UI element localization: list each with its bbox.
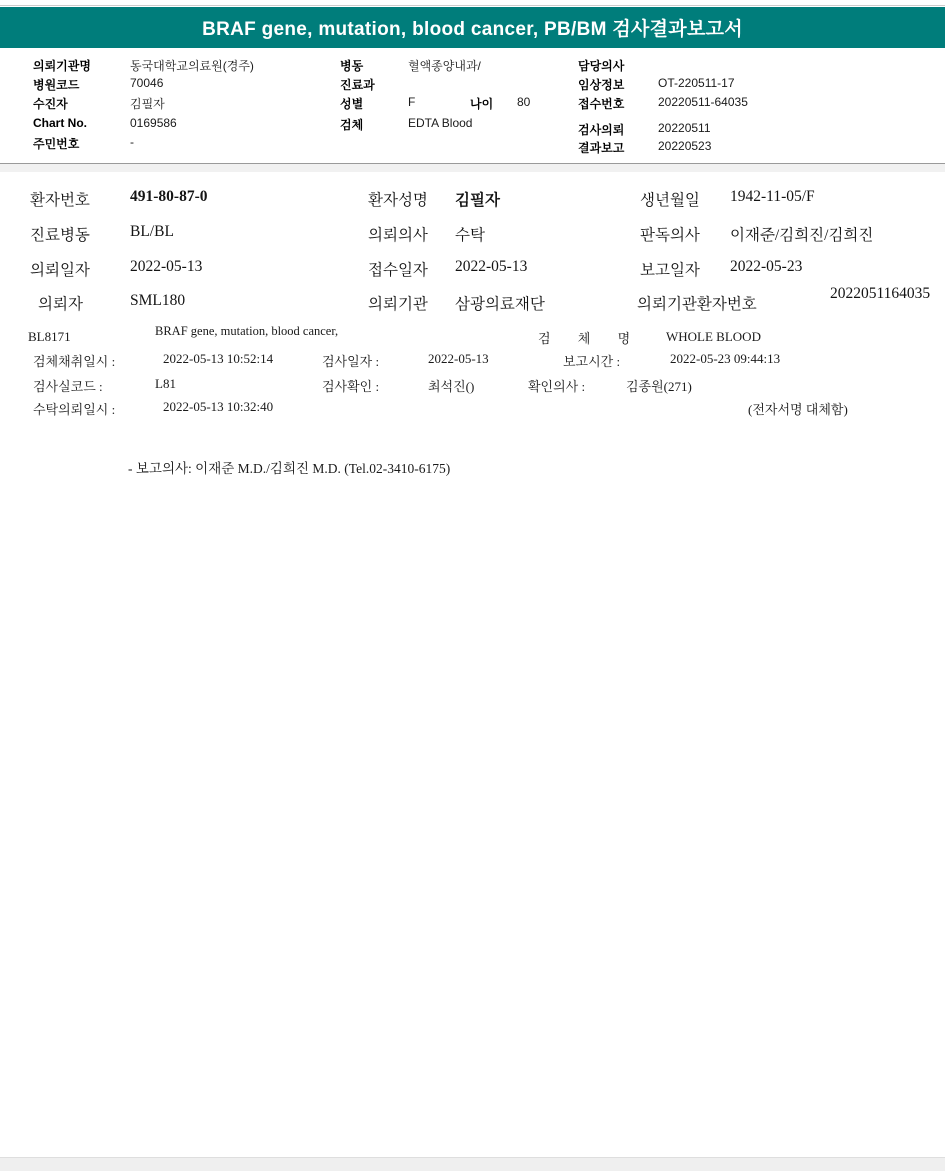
label-confirm-doctor: 확인의사 : xyxy=(528,376,585,395)
label-report-time: 보고시간 : xyxy=(563,351,620,370)
value-report-time: 2022-05-23 09:44:13 xyxy=(670,351,780,367)
label-clinical-info: 임상정보 xyxy=(578,76,624,93)
label-requester: 의뢰자 xyxy=(38,292,83,314)
label-test-date: 검사일자 : xyxy=(322,351,379,370)
label-examinee: 수진자 xyxy=(33,95,68,112)
value-age: 80 xyxy=(517,95,530,109)
value-patient-name: 김필자 xyxy=(455,188,500,210)
value-receipt-no: 20220511-64035 xyxy=(658,95,748,109)
label-request-date: 의뢰일자 xyxy=(30,258,90,280)
value-clinical-info: OT-220511-17 xyxy=(658,76,735,90)
value-hospital-code: 70046 xyxy=(130,76,163,90)
value-test-date: 2022-05-13 xyxy=(428,351,489,367)
value-specimen: EDTA Blood xyxy=(408,116,472,130)
value-lab-code: L81 xyxy=(155,376,176,392)
value-result-report: 20220523 xyxy=(658,139,711,153)
test-code: BL8171 xyxy=(28,329,71,345)
report-title-bar: BRAF gene, mutation, blood cancer, PB/BM… xyxy=(0,7,945,48)
label-care-ward: 진료병동 xyxy=(30,223,90,245)
label-sex: 성별 xyxy=(340,95,363,112)
label-test-request: 검사의뢰 xyxy=(578,121,624,138)
label-hospital-code: 병원코드 xyxy=(33,76,79,93)
value-requester: SML180 xyxy=(130,292,185,310)
section-divider-band xyxy=(0,164,945,172)
value-specimen-name: WHOLE BLOOD xyxy=(666,329,761,345)
value-test-confirm: 최석진() xyxy=(428,376,474,395)
label-referring-org: 의뢰기관명 xyxy=(33,57,91,74)
value-org-patient-no: 2022051164035 xyxy=(830,285,934,302)
value-examinee: 김필자 xyxy=(130,95,165,112)
label-collect-datetime: 검체채취일시 : xyxy=(33,351,115,370)
label-attending-doctor: 담당의사 xyxy=(578,57,624,74)
value-ward: 혈액종양내과/ xyxy=(408,57,481,74)
label-request-doctor: 의뢰의사 xyxy=(368,223,428,245)
report-page: BRAF gene, mutation, blood cancer, PB/BM… xyxy=(0,0,945,1171)
value-referring-org: 동국대학교의료원(경주) xyxy=(130,57,254,74)
label-specimen: 검체 xyxy=(340,116,363,133)
value-patient-no: 491-80-87-0 xyxy=(130,188,208,206)
label-result-report: 결과보고 xyxy=(578,139,624,156)
label-patient-name: 환자성명 xyxy=(368,188,428,210)
value-birth-date: 1942-11-05/F xyxy=(730,188,815,206)
value-request-date: 2022-05-13 xyxy=(130,258,202,276)
footer-strip xyxy=(0,1157,945,1171)
value-reading-doctor: 이재준/김희진/김희진 xyxy=(730,223,873,245)
value-collect-datetime: 2022-05-13 10:52:14 xyxy=(163,351,273,367)
value-request-doctor: 수탁 xyxy=(455,223,485,245)
label-department: 진료과 xyxy=(340,76,375,93)
value-request-org: 삼광의료재단 xyxy=(455,292,545,314)
test-name: BRAF gene, mutation, blood cancer, xyxy=(155,324,338,339)
label-resident-no: 주민번호 xyxy=(33,135,79,152)
value-receipt-date: 2022-05-13 xyxy=(455,258,527,276)
label-chart-no: Chart No. xyxy=(33,116,87,130)
label-receipt-date: 접수일자 xyxy=(368,258,428,280)
label-reading-doctor: 판독의사 xyxy=(640,223,700,245)
label-patient-no: 환자번호 xyxy=(30,188,90,210)
label-lab-code: 검사실코드 : xyxy=(33,376,103,395)
report-doctor-note: - 보고의사: 이재준 M.D./김희진 M.D. (Tel.02-3410-6… xyxy=(128,457,450,477)
value-chart-no: 0169586 xyxy=(130,116,177,130)
label-age: 나이 xyxy=(470,95,493,112)
label-birth-date: 생년월일 xyxy=(640,188,700,210)
value-test-request: 20220511 xyxy=(658,121,711,135)
value-entrust-datetime: 2022-05-13 10:32:40 xyxy=(163,399,273,415)
label-ward: 병동 xyxy=(340,57,363,74)
label-test-confirm: 검사확인 : xyxy=(322,376,379,395)
value-care-ward: BL/BL xyxy=(130,223,174,241)
report-title: BRAF gene, mutation, blood cancer, PB/BM… xyxy=(202,14,743,41)
esign-note: (전자서명 대체함) xyxy=(748,399,848,418)
label-receipt-no: 접수번호 xyxy=(578,95,624,112)
value-report-date: 2022-05-23 xyxy=(730,258,802,276)
value-resident-no: - xyxy=(130,135,134,149)
label-request-org: 의뢰기관 xyxy=(368,292,428,314)
label-report-date: 보고일자 xyxy=(640,258,700,280)
label-org-patient-no: 의뢰기관환자번호 xyxy=(637,292,757,314)
top-border-line xyxy=(0,5,945,6)
label-entrust-datetime: 수탁의뢰일시 : xyxy=(33,399,115,418)
value-confirm-doctor: 김종원(271) xyxy=(626,376,692,395)
value-sex: F xyxy=(408,95,415,109)
label-specimen-name: 검 체 명 xyxy=(538,328,642,347)
